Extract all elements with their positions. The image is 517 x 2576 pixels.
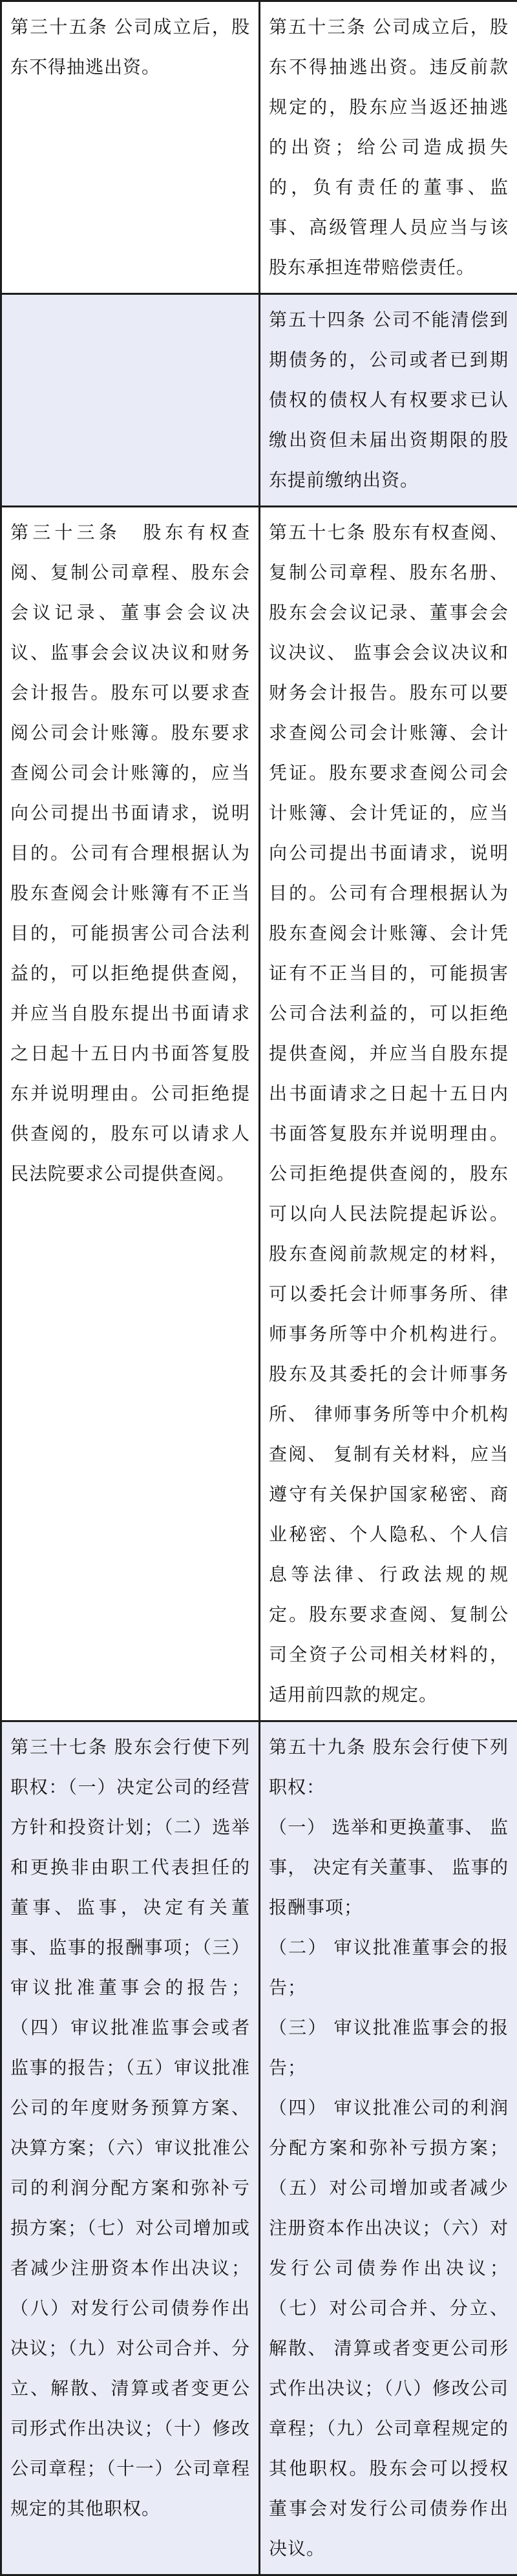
article-text: 第五十三条 公司成立后，股东不得抽逃出资。违反前款规定的，股东应当返还抽逃的出资…: [269, 7, 509, 288]
article-text: 第三十七条 股东会行使下列职权：（一）决定公司的经营方针和投资计划；（二）选举和…: [10, 1727, 250, 2529]
new-law-cell-article-57: 第五十七条 股东有权查阅、复制公司章程、股东名册、股东会会议记录、董事会会议决议…: [260, 507, 517, 1721]
new-law-cell-article-59: 第五十九条 股东会行使下列职权： （一） 选举和更换董事、 监事， 决定有关董事…: [260, 1721, 517, 2575]
new-law-cell-article-54: 第五十四条 公司不能清偿到期债务的，公司或者已到期债权的债权人有权要求已认缴出资…: [260, 294, 517, 507]
table-row: 第三十五条 公司成立后，股东不得抽逃出资。 第五十三条 公司成立后，股东不得抽逃…: [1, 1, 517, 294]
old-law-cell-article-35: 第三十五条 公司成立后，股东不得抽逃出资。: [1, 1, 260, 294]
article-text: 第三十五条 公司成立后，股东不得抽逃出资。: [10, 7, 250, 87]
table-row: 第三十三条 股东有权查阅、复制公司章程、股东会会议记录、董事会会议决议、监事会会…: [1, 507, 517, 1721]
article-text: 第三十三条 股东有权查阅、复制公司章程、股东会会议记录、董事会会议决议、监事会会…: [10, 513, 250, 1194]
article-intro-text: 第五十九条 股东会行使下列职权：: [269, 1727, 509, 1807]
old-law-cell-empty: [1, 294, 260, 507]
article-text: 第五十四条 公司不能清偿到期债务的，公司或者已到期债权的债权人有权要求已认缴出资…: [269, 300, 509, 500]
article-item-3: （三） 审议批准监事会的报告；: [269, 2008, 509, 2088]
article-item-2: （二） 审议批准董事会的报告；: [269, 1928, 509, 2008]
article-text: 第五十七条 股东有权查阅、复制公司章程、股东名册、股东会会议记录、董事会会议决议…: [269, 513, 509, 1715]
article-item-4: （四） 审议批准公司的利润分配方案和弥补亏损方案；（五）对公司增加或者减少注册资…: [269, 2088, 509, 2569]
law-comparison-table: 第三十五条 公司成立后，股东不得抽逃出资。 第五十三条 公司成立后，股东不得抽逃…: [0, 0, 517, 2576]
old-law-cell-article-37: 第三十七条 股东会行使下列职权：（一）决定公司的经营方针和投资计划；（二）选举和…: [1, 1721, 260, 2575]
table-row: 第三十七条 股东会行使下列职权：（一）决定公司的经营方针和投资计划；（二）选举和…: [1, 1721, 517, 2575]
new-law-cell-article-53: 第五十三条 公司成立后，股东不得抽逃出资。违反前款规定的，股东应当返还抽逃的出资…: [260, 1, 517, 294]
old-law-cell-article-33: 第三十三条 股东有权查阅、复制公司章程、股东会会议记录、董事会会议决议、监事会会…: [1, 507, 260, 1721]
table-row: 第五十四条 公司不能清偿到期债务的，公司或者已到期债权的债权人有权要求已认缴出资…: [1, 294, 517, 507]
article-item-1: （一） 选举和更换董事、 监事， 决定有关董事、 监事的报酬事项；: [269, 1807, 509, 1928]
